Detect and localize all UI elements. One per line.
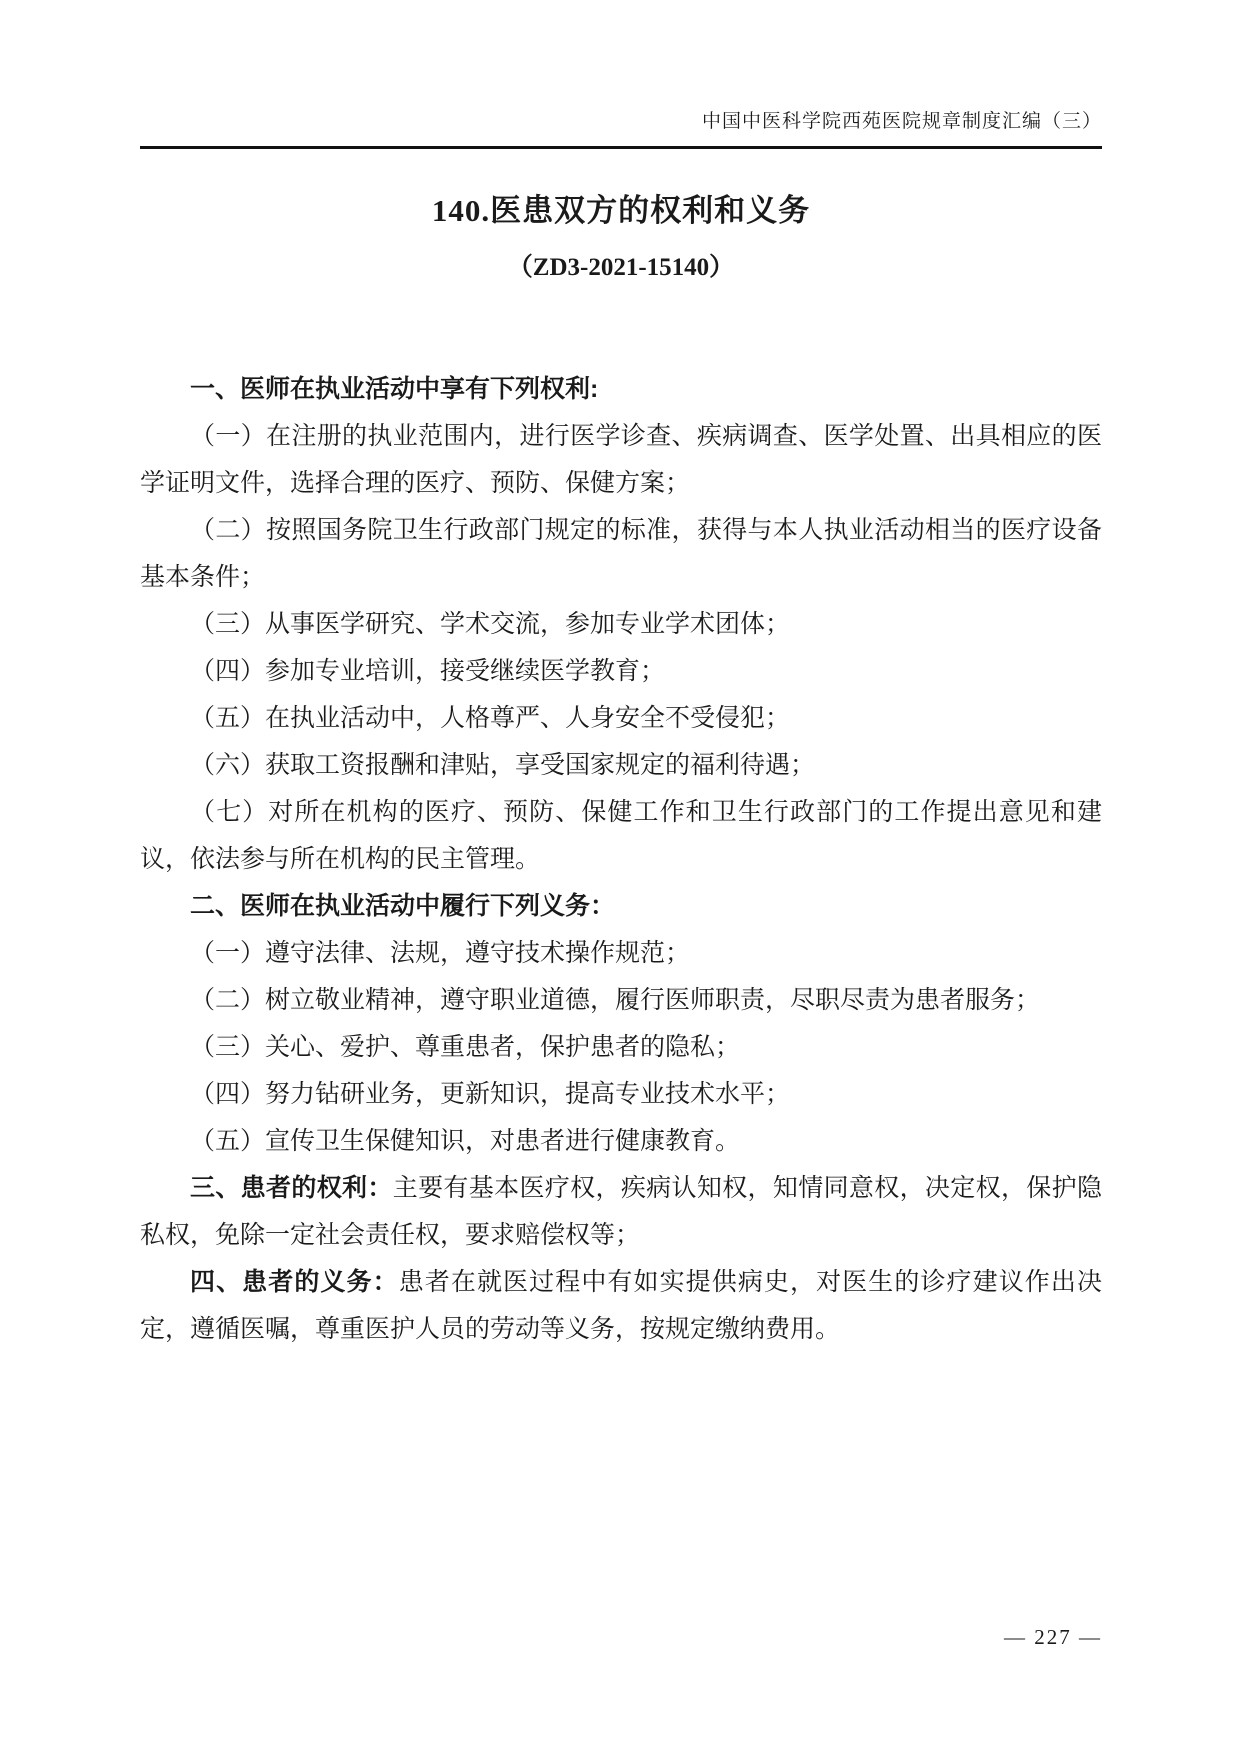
paragraph-text: （一）遵守法律、法规，遵守技术操作规范；	[190, 940, 690, 967]
paragraph-text: （三）从事医学研究、学术交流，参加专业学术团体；	[190, 611, 790, 638]
paragraph-text: （五）宣传卫生保健知识，对患者进行健康教育。	[190, 1128, 740, 1155]
paragraph: （七）对所在机构的医疗、预防、保健工作和卫生行政部门的工作提出意见和建议，依法参…	[140, 789, 1102, 883]
paragraph: （一）遵守法律、法规，遵守技术操作规范；	[140, 930, 1102, 977]
paragraph: （二）树立敬业精神，遵守职业道德，履行医师职责，尽职尽责为患者服务；	[140, 977, 1102, 1024]
paragraph-label: 三、患者的权利：	[190, 1174, 393, 1202]
document-title: 140.医患双方的权利和义务	[140, 191, 1102, 231]
paragraph: （四）参加专业培训，接受继续医学教育；	[140, 648, 1102, 695]
paragraph-text: （三）关心、爱护、尊重患者，保护患者的隐私；	[190, 1034, 740, 1061]
paragraph: （四）努力钻研业务，更新知识，提高专业技术水平；	[140, 1071, 1102, 1118]
document-body: 一、医师在执业活动中享有下列权利: （一）在注册的执业范围内，进行医学诊查、疾病…	[140, 366, 1102, 1353]
page-content: 中国中医科学院西苑医院规章制度汇编（三） 140.医患双方的权利和义务 （ZD3…	[140, 108, 1102, 1353]
paragraph: （五）宣传卫生保健知识，对患者进行健康教育。	[140, 1118, 1102, 1165]
paragraph-text: （六）获取工资报酬和津贴，享受国家规定的福利待遇；	[190, 752, 815, 779]
heading-text: 二、医师在执业活动中履行下列义务：	[190, 892, 615, 920]
running-header: 中国中医科学院西苑医院规章制度汇编（三）	[140, 108, 1102, 149]
paragraph-text: （四）参加专业培训，接受继续医学教育；	[190, 658, 665, 685]
section-heading: 一、医师在执业活动中享有下列权利:	[140, 366, 1102, 413]
paragraph: （三）从事医学研究、学术交流，参加专业学术团体；	[140, 601, 1102, 648]
paragraph: （三）关心、爱护、尊重患者，保护患者的隐私；	[140, 1024, 1102, 1071]
paragraph: （五）在执业活动中，人格尊严、人身安全不受侵犯；	[140, 695, 1102, 742]
page-number: — 227 —	[1004, 1622, 1102, 1652]
paragraph: 四、患者的义务：患者在就医过程中有如实提供病史，对医生的诊疗建议作出决定，遵循医…	[140, 1259, 1102, 1353]
paragraph: （二）按照国务院卫生行政部门规定的标准，获得与本人执业活动相当的医疗设备基本条件…	[140, 507, 1102, 601]
section-heading: 二、医师在执业活动中履行下列义务：	[140, 883, 1102, 930]
paragraph-text: （四）努力钻研业务，更新知识，提高专业技术水平；	[190, 1081, 790, 1108]
paragraph-label: 四、患者的义务：	[190, 1268, 399, 1296]
paragraph: （六）获取工资报酬和津贴，享受国家规定的福利待遇；	[140, 742, 1102, 789]
heading-text: 一、医师在执业活动中享有下列权利:	[190, 375, 598, 403]
paragraph-text: （七）对所在机构的医疗、预防、保健工作和卫生行政部门的工作提出意见和建议，依法参…	[140, 799, 1102, 873]
paragraph-text: （一）在注册的执业范围内，进行医学诊查、疾病调查、医学处置、出具相应的医学证明文…	[140, 423, 1102, 497]
paragraph: 三、患者的权利：主要有基本医疗权，疾病认知权，知情同意权，决定权，保护隐私权，免…	[140, 1165, 1102, 1259]
paragraph: （一）在注册的执业范围内，进行医学诊查、疾病调查、医学处置、出具相应的医学证明文…	[140, 413, 1102, 507]
paragraph-text: （二）树立敬业精神，遵守职业道德，履行医师职责，尽职尽责为患者服务；	[190, 987, 1040, 1014]
paragraph-text: （五）在执业活动中，人格尊严、人身安全不受侵犯；	[190, 705, 790, 732]
document-code: （ZD3-2021-15140）	[140, 250, 1102, 286]
document-page: 中国中医科学院西苑医院规章制度汇编（三） 140.医患双方的权利和义务 （ZD3…	[0, 0, 1240, 1754]
paragraph-text: （二）按照国务院卫生行政部门规定的标准，获得与本人执业活动相当的医疗设备基本条件…	[140, 517, 1102, 591]
